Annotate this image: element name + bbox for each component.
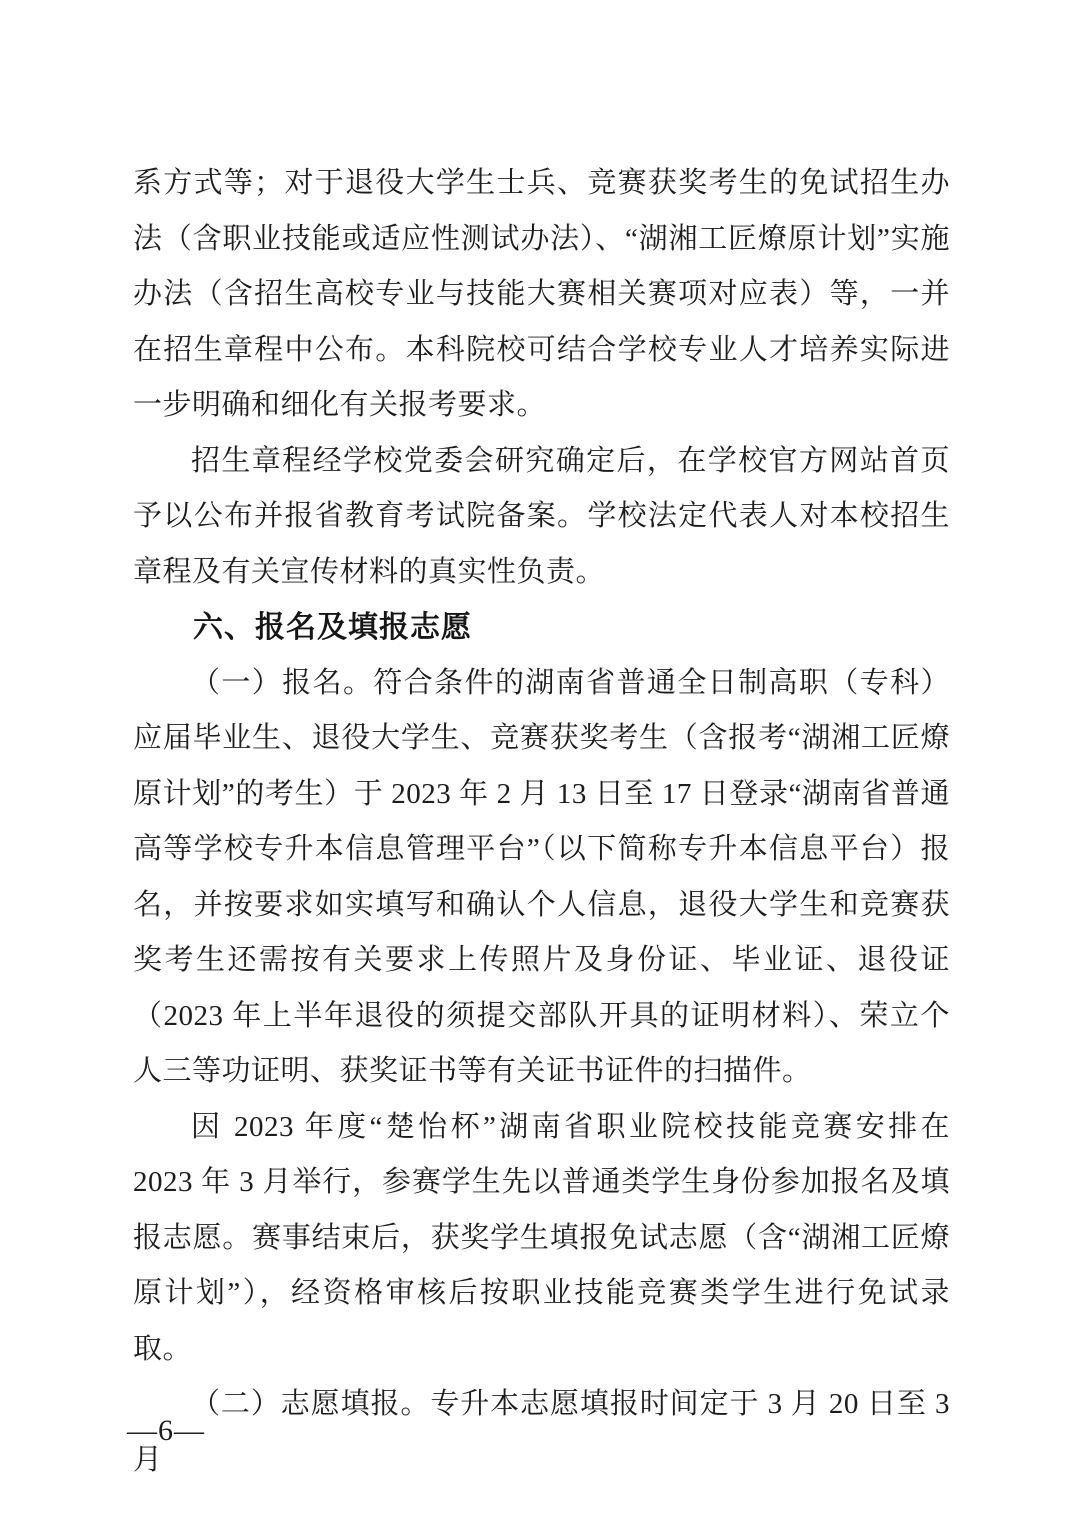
page-number: —6— bbox=[127, 1413, 205, 1449]
paragraph-continuation: 系方式等；对于退役大学生士兵、竞赛获奖考生的免试招生办法（含职业技能或适应性测试… bbox=[133, 156, 950, 434]
paragraph-registration: （一）报名。符合条件的湖南省普通全日制高职（专科）应届毕业生、退役大学生、竞赛获… bbox=[133, 656, 950, 1100]
paragraph-skills-competition: 因 2023 年度“楚怡杯”湖南省职业院校技能竞赛安排在 2023 年 3 月举… bbox=[133, 1100, 950, 1378]
section-heading-six: 六、报名及填报志愿 bbox=[133, 600, 950, 656]
page-content: 系方式等；对于退役大学生士兵、竞赛获奖考生的免试招生办法（含职业技能或适应性测试… bbox=[133, 156, 950, 1488]
paragraph-volunteer-filling: （二）志愿填报。专升本志愿填报时间定于 3 月 20 日至 3 月 bbox=[133, 1377, 950, 1488]
paragraph-charter-publication: 招生章程经学校党委会研究确定后，在学校官方网站首页予以公布并报省教育考试院备案。… bbox=[133, 434, 950, 601]
document-page: 系方式等；对于退役大学生士兵、竞赛获奖考生的免试招生办法（含职业技能或适应性测试… bbox=[0, 0, 1080, 1527]
